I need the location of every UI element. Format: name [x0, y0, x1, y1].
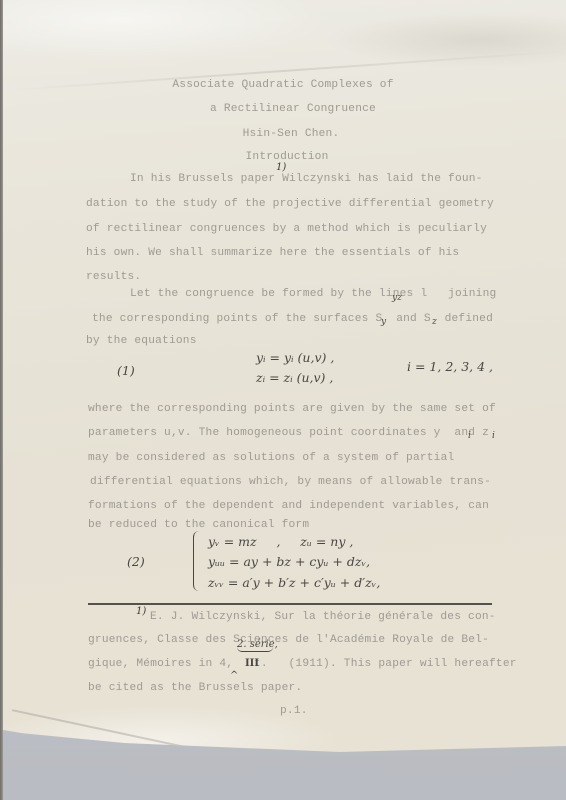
paragraph-line: be reduced to the canonical form	[88, 520, 309, 531]
footnote-marker: 1)	[136, 606, 146, 617]
author-name: Hsin-Sen Chen.	[8, 129, 566, 140]
document-title: Associate Quadratic Complexes of	[0, 80, 566, 91]
document-subtitle: a Rectilinear Congruence	[10, 104, 566, 115]
subscript-z: z	[432, 318, 437, 327]
equation-line: zᵥᵥ = a′y + b′z + c′yᵤ + d′zᵥ,	[208, 577, 380, 590]
scan-edge	[0, 0, 3, 800]
footnote-line: gique, Mémoires in 4, t. (1911). This pa…	[88, 659, 517, 670]
subscript-yz: yz	[392, 294, 402, 303]
volume-numeral: III	[245, 659, 259, 669]
paragraph-line: parameters u,v. The homogeneous point co…	[88, 428, 489, 439]
subscript-y: y	[381, 318, 386, 327]
paragraph-line: dation to the study of the projective di…	[86, 199, 494, 210]
paragraph-line: his own. We shall summarize here the ess…	[86, 248, 459, 259]
equation-line: yᵢ = yᵢ (u,v) ,	[256, 352, 334, 365]
equation-line: yᵥ = mz , zᵤ = ny ,	[208, 536, 353, 549]
paragraph-line: results.	[86, 272, 141, 283]
footnote-line: gruences, Classe des Sciences de l'Acadé…	[88, 635, 489, 646]
footnote-rule	[88, 603, 492, 605]
paragraph-line: of rectilinear congruences by a method w…	[86, 224, 487, 235]
paragraph-line: by the equations	[86, 336, 197, 347]
equation-range: i = 1, 2, 3, 4 ,	[407, 361, 493, 374]
equation-brace	[193, 531, 202, 591]
subscript-i: i	[468, 432, 471, 441]
footnote-line: be cited as the Brussels paper.	[88, 683, 302, 694]
paragraph-line: formations of the dependent and independ…	[88, 501, 489, 512]
paragraph-line: where the corresponding points are given…	[88, 404, 496, 415]
paper-sheet: Associate Quadratic Complexes of a Recti…	[0, 0, 566, 752]
paragraph-line: In his Brussels paper Wilczynski has lai…	[130, 174, 483, 185]
page-number: p.1.	[280, 706, 308, 717]
equation-line: yᵤᵤ = ay + bz + cyᵤ + dzᵥ,	[208, 556, 370, 569]
handwritten-underline	[237, 647, 273, 652]
insertion-caret: ^	[230, 671, 238, 681]
footnote-line: E. J. Wilczynski, Sur la théorie général…	[150, 612, 496, 623]
subscript-i: i	[492, 432, 495, 441]
footnote-marker: 1)	[276, 162, 286, 173]
equation-line: zᵢ = zᵢ (u,v) ,	[256, 372, 333, 385]
equation-label: (2)	[127, 556, 145, 569]
equation-label: (1)	[117, 365, 135, 378]
paragraph-line: differential equations which, by means o…	[90, 477, 491, 488]
paper-crease	[12, 709, 208, 753]
paragraph-line: may be considered as solutions of a syst…	[88, 453, 454, 464]
paragraph-line: Let the congruence be formed by the line…	[130, 289, 496, 300]
